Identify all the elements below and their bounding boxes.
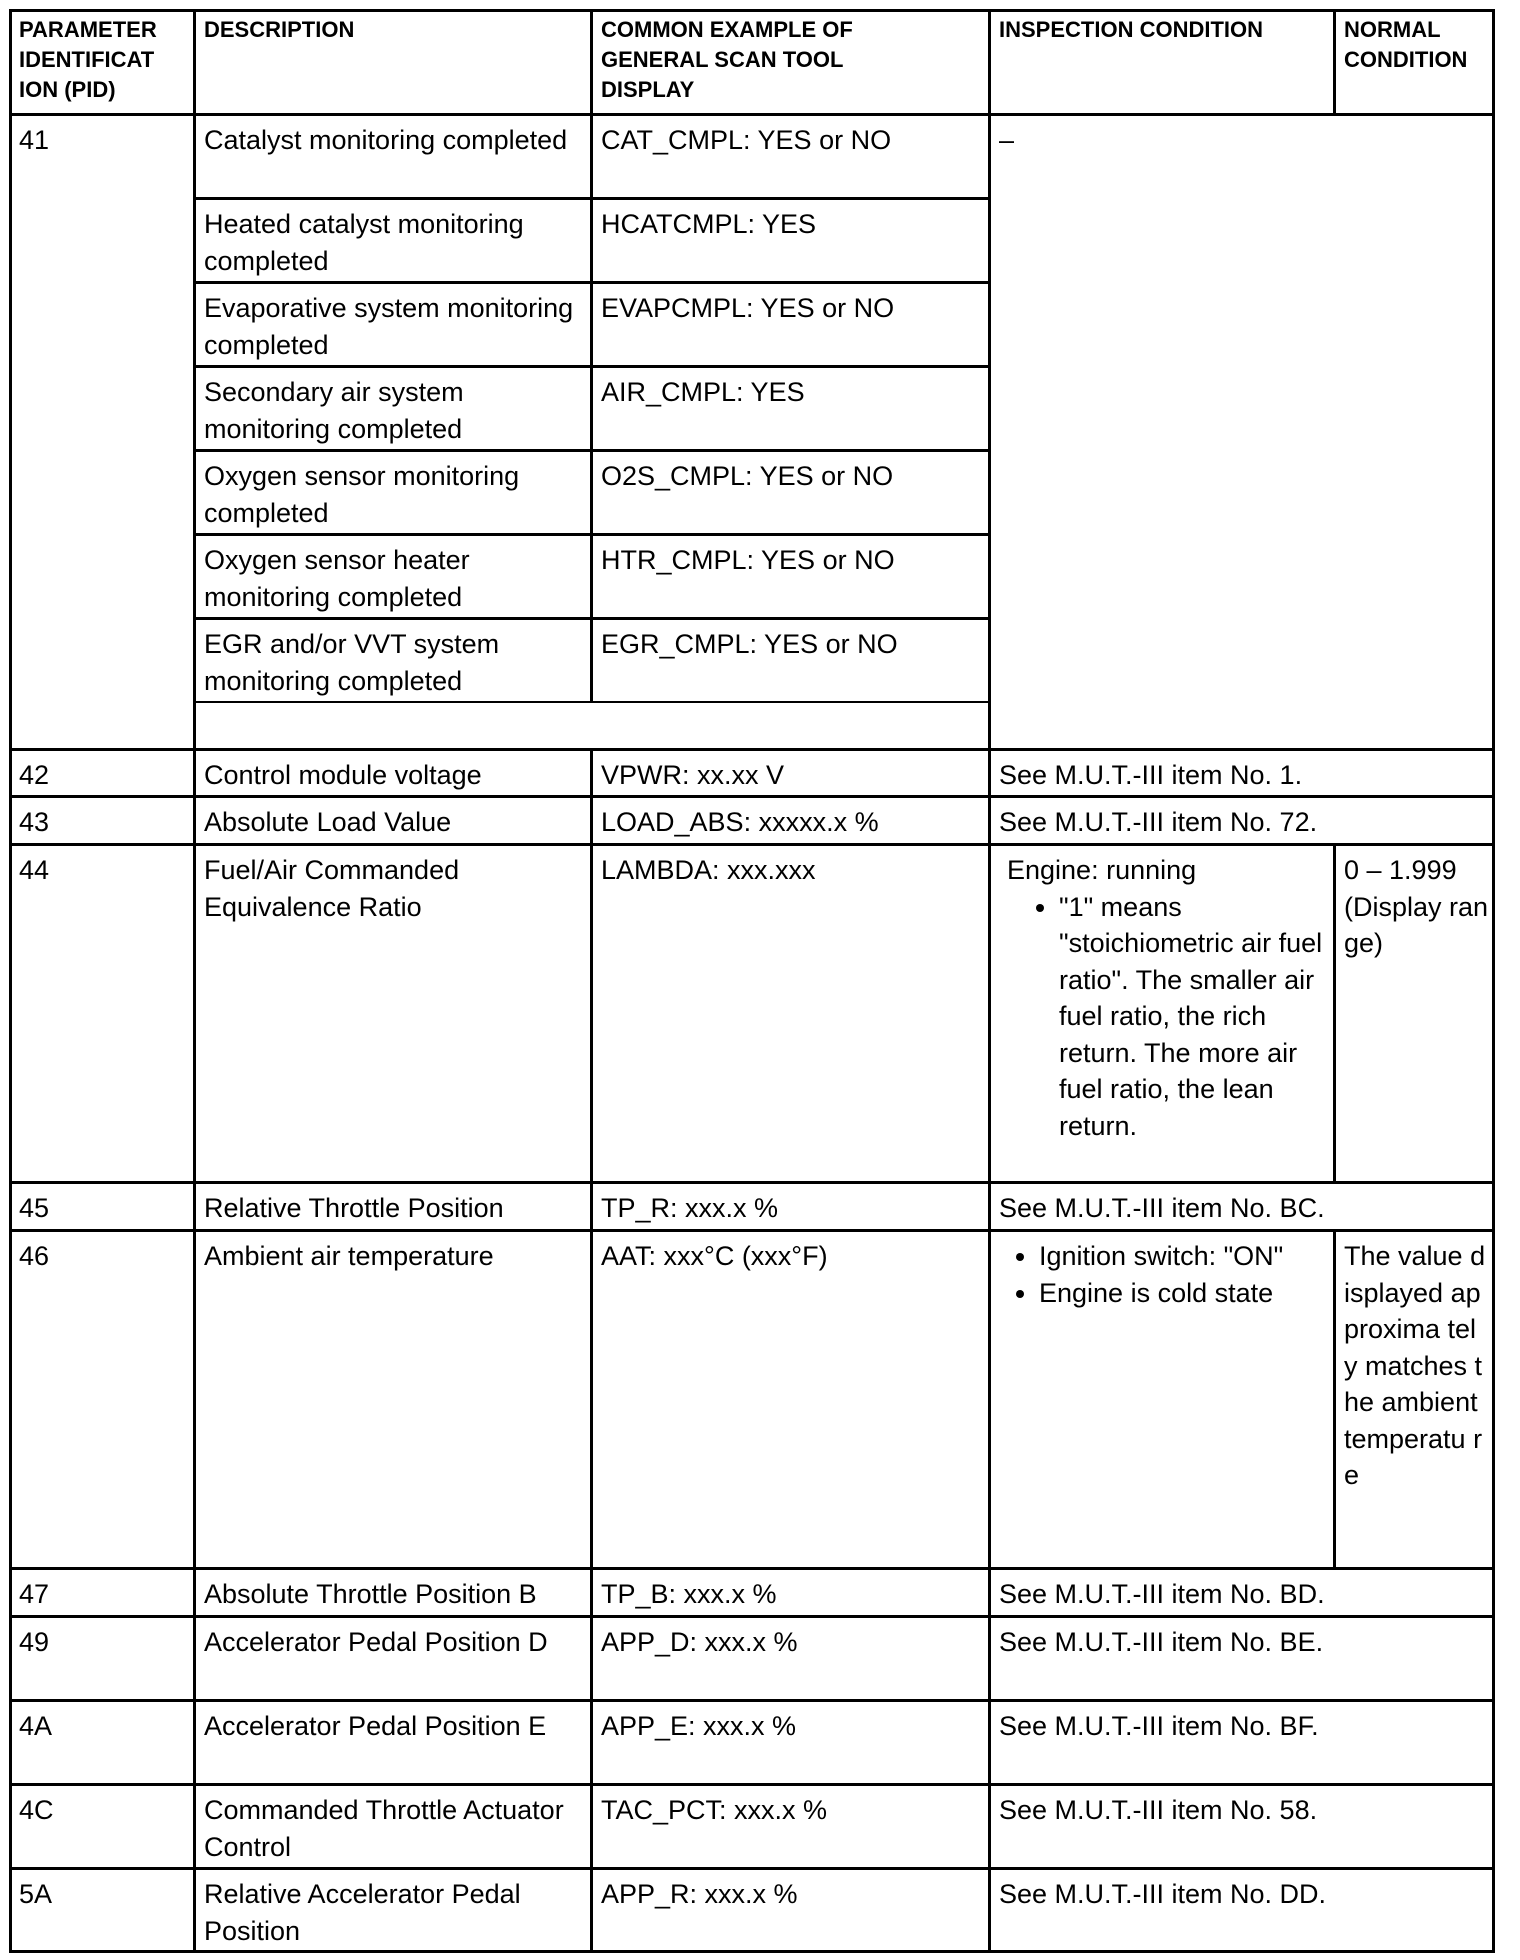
header-display: COMMON EXAMPLE OF GENERAL SCAN TOOL DISP… [591,9,990,115]
row-pid: 49 [9,1616,195,1701]
inspection-bullet: Engine is cold state [1039,1275,1323,1312]
row-pid: 4A [9,1700,195,1785]
row-description: Absolute Load Value [194,796,592,845]
row41-item-display: AIR_CMPL: YES [591,366,990,451]
row-description: Ambient air temperature [194,1230,592,1569]
row41-item-display: HTR_CMPL: YES or NO [591,534,990,619]
inspection-bullet-list: Ignition switch: "ON"Engine is cold stat… [999,1238,1323,1311]
row41-empty-cell [194,701,990,750]
row-pid: 47 [9,1568,195,1617]
row-normal: The value displayed approxima tely match… [1334,1230,1495,1569]
row-pid: 43 [9,796,195,845]
row-description: Absolute Throttle Position B [194,1568,592,1617]
row41-item-description: Catalyst monitoring completed [194,114,592,199]
row41-item-description: Oxygen sensor heater monitoring complete… [194,534,592,619]
row41-inspection: – [989,114,1495,750]
row-pid: 5A [9,1868,195,1953]
row-inspection: Engine: running"1" means "stoichiometric… [989,844,1335,1183]
row-inspection: See M.U.T.-III item No. BE. [989,1616,1495,1701]
row-description: Control module voltage [194,749,592,797]
row-pid: 45 [9,1182,195,1231]
row-display: APP_E: xxx.x % [591,1700,990,1785]
row41-item-description: EGR and/or VVT system monitoring complet… [194,618,592,703]
row-pid: 46 [9,1230,195,1569]
row-inspection: Ignition switch: "ON"Engine is cold stat… [989,1230,1335,1569]
header-inspection: INSPECTION CONDITION [989,9,1335,115]
row41-item-description: Secondary air system monitoring complete… [194,366,592,451]
row41-item-description: Heated catalyst monitoring completed [194,198,592,283]
row41-item-display: HCATCMPL: YES [591,198,990,283]
row-display: VPWR: xx.xx V [591,749,990,797]
row-description: Accelerator Pedal Position E [194,1700,592,1785]
header-description: DESCRIPTION [194,9,592,115]
row-description: Accelerator Pedal Position D [194,1616,592,1701]
row-inspection: See M.U.T.-III item No. BF. [989,1700,1495,1785]
row-display: AAT: xxx°C (xxx°F) [591,1230,990,1569]
row-inspection: See M.U.T.-III item No. DD. [989,1868,1495,1953]
row-inspection: See M.U.T.-III item No. BC. [989,1182,1495,1231]
row41-pid: 41 [9,114,195,750]
row-display: APP_D: xxx.x % [591,1616,990,1701]
row-normal: 0 – 1.999 (Display range) [1334,844,1495,1183]
row-description: Fuel/Air Commanded Equivalence Ratio [194,844,592,1183]
row-description: Commanded Throttle Actuator Control [194,1784,592,1869]
inspection-bullet-list: "1" means "stoichiometric air fuel ratio… [999,889,1323,1145]
row-display: LAMBDA: xxx.xxx [591,844,990,1183]
row-inspection: See M.U.T.-III item No. 58. [989,1784,1495,1869]
row41-item-display: O2S_CMPL: YES or NO [591,450,990,535]
row41-item-description: Evaporative system monitoring completed [194,282,592,367]
header-normal: NORMAL CONDITION [1334,9,1495,115]
row-inspection: See M.U.T.-III item No. 72. [989,796,1495,845]
row-inspection: See M.U.T.-III item No. 1. [989,749,1495,797]
row41-item-display: CAT_CMPL: YES or NO [591,114,990,199]
row-description: Relative Accelerator Pedal Position [194,1868,592,1953]
row-display: TP_R: xxx.x % [591,1182,990,1231]
row41-item-description: Oxygen sensor monitoring completed [194,450,592,535]
row41-item-display: EVAPCMPL: YES or NO [591,282,990,367]
inspection-bullet: "1" means "stoichiometric air fuel ratio… [1059,889,1323,1145]
row-display: TP_B: xxx.x % [591,1568,990,1617]
row-display: APP_R: xxx.x % [591,1868,990,1953]
row41-item-display: EGR_CMPL: YES or NO [591,618,990,703]
row-pid: 4C [9,1784,195,1869]
row-display: TAC_PCT: xxx.x % [591,1784,990,1869]
header-pid: PARAMETER IDENTIFICAT ION (PID) [9,9,195,115]
row-description: Relative Throttle Position [194,1182,592,1231]
row-display: LOAD_ABS: xxxxx.x % [591,796,990,845]
row-pid: 42 [9,749,195,797]
row-inspection: See M.U.T.-III item No. BD. [989,1568,1495,1617]
inspection-bullet: Ignition switch: "ON" [1039,1238,1323,1275]
inspection-title: Engine: running [999,852,1323,889]
row-pid: 44 [9,844,195,1183]
